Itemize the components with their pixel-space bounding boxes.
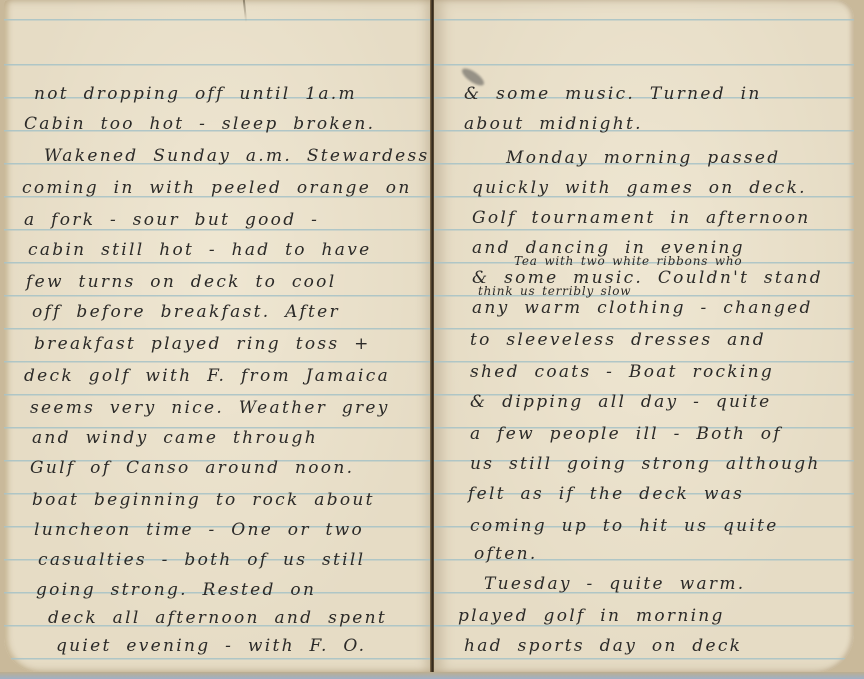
diary-line: played golf in morning (458, 606, 725, 626)
diary-line: quickly with games on deck. (472, 178, 807, 198)
diary-line: deck golf with F. from Jamaica (24, 366, 390, 386)
diary-line: few turns on deck to cool (26, 272, 336, 292)
diary-line: Golf tournament in afternoon (472, 208, 811, 228)
diary-line: coming in with peeled orange on (22, 178, 412, 198)
diary-line: seems very nice. Weather grey (30, 398, 390, 418)
diary-line: often. (474, 544, 538, 564)
diary-line: any warm clothing - changed (472, 298, 813, 318)
diary-line: a fork - sour but good - (24, 210, 319, 230)
diary-line: not dropping off until 1a.m (34, 84, 357, 104)
diary-line: Cabin too hot - sleep broken. (24, 114, 375, 134)
diary-line: us still going strong although (470, 454, 821, 474)
diary-line: quiet evening - with F. O. (56, 636, 366, 656)
diary-line: Tuesday - quite warm. (484, 574, 745, 594)
diary-line: going strong. Rested on (36, 580, 316, 600)
diary-line: & dipping all day - quite (470, 392, 772, 412)
diary-insertion: think us terribly slow (478, 284, 631, 298)
diary-insertion: Tea with two white ribbons who (514, 254, 742, 268)
notebook-bottom-edge (0, 672, 864, 679)
diary-line: casualties - both of us still (38, 550, 365, 570)
diary-line: felt as if the deck was (468, 484, 744, 504)
diary-line: a few people ill - Both of (470, 424, 782, 444)
diary-line: boat beginning to rock about (32, 490, 375, 510)
diary-line: coming up to hit us quite (470, 516, 779, 536)
diary-line: Gulf of Canso around noon. (30, 458, 354, 478)
diary-line: luncheon time - One or two (34, 520, 364, 540)
diary-line: had sports day on deck (464, 636, 742, 656)
diary-line: Monday morning passed (506, 148, 780, 168)
diary-line: cabin still hot - had to have (28, 240, 371, 260)
diary-line: off before breakfast. After (32, 302, 340, 322)
diary-line: to sleeveless dresses and (470, 330, 766, 350)
right-page: & some music. Turned in about midnight. … (434, 0, 854, 672)
left-page: not dropping off until 1a.m Cabin too ho… (4, 0, 432, 672)
open-notebook: not dropping off until 1a.m Cabin too ho… (0, 0, 864, 679)
diary-line: & some music. Turned in (464, 84, 762, 104)
diary-line: shed coats - Boat rocking (470, 362, 774, 382)
diary-line: about midnight. (464, 114, 643, 134)
diary-line: deck all afternoon and spent (48, 608, 387, 628)
diary-line: breakfast played ring toss + (34, 334, 371, 354)
diary-line: Wakened Sunday a.m. Stewardess (44, 146, 430, 166)
diary-line: and windy came through (32, 428, 318, 448)
